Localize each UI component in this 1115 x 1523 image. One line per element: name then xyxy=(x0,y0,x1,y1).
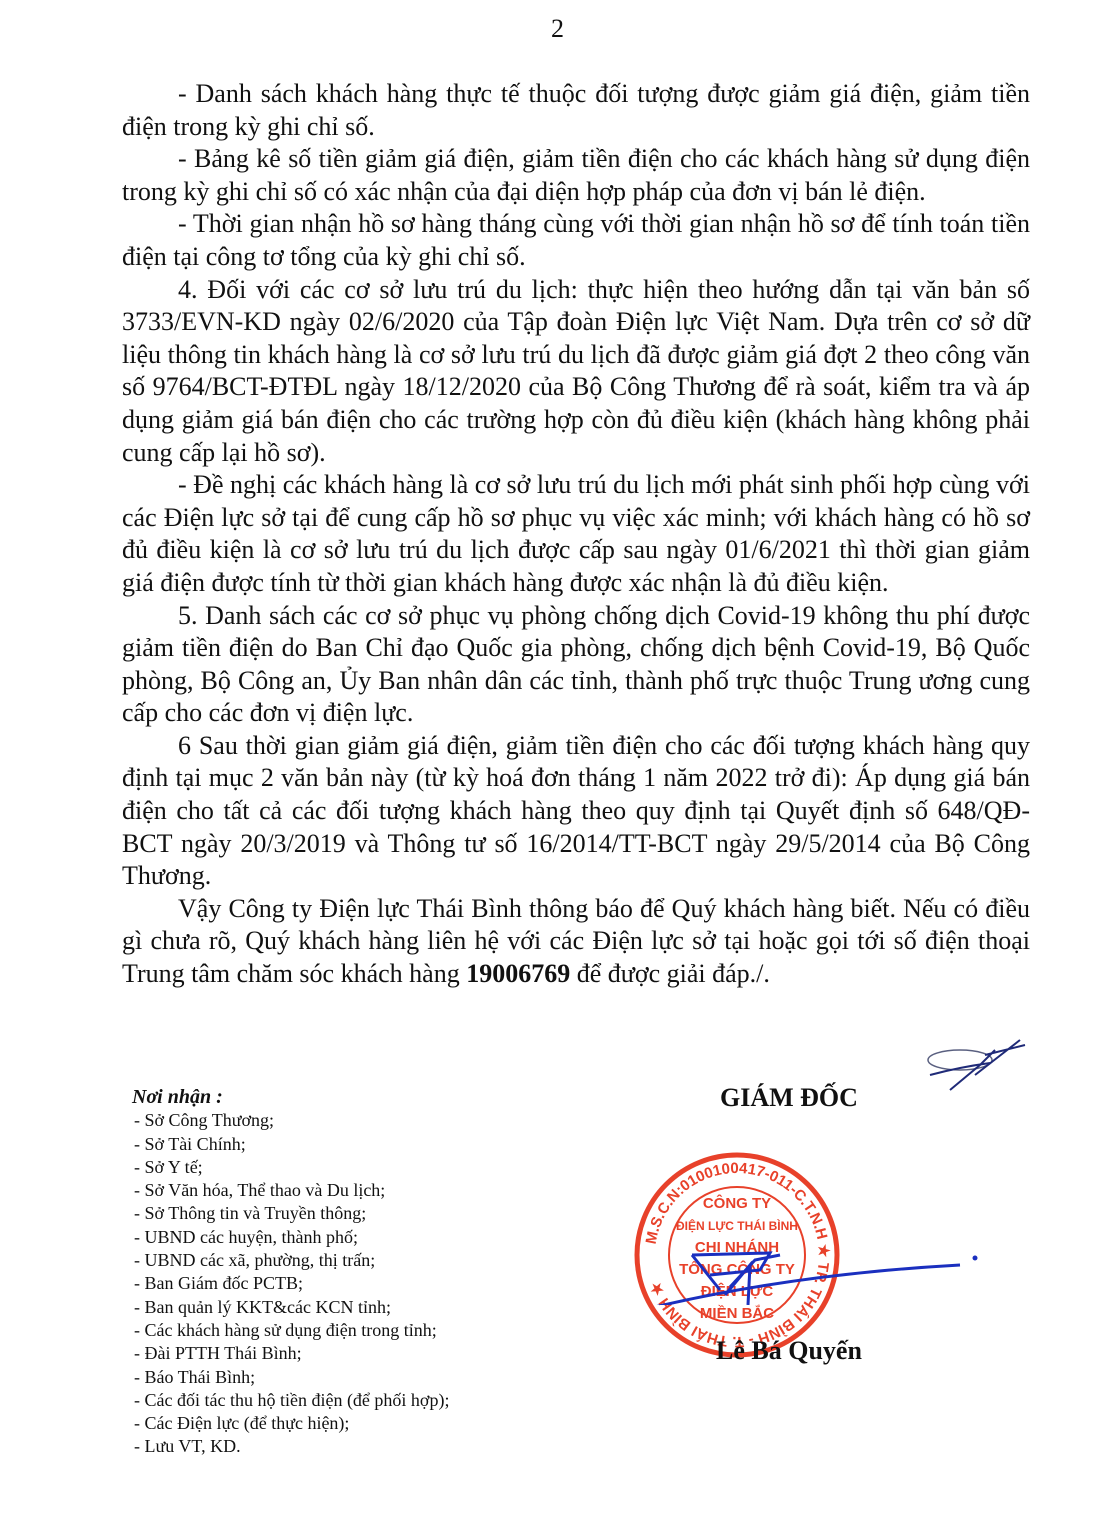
signer-title: GIÁM ĐỐC xyxy=(720,1083,858,1113)
paragraph: - Đề nghị các khách hàng là cơ sở lưu tr… xyxy=(122,469,1030,599)
recipient-item: - Sở Công Thương; xyxy=(134,1109,449,1132)
paragraph: - Bảng kê số tiền giảm giá điện, giảm ti… xyxy=(122,143,1030,208)
recipient-item: - Báo Thái Bình; xyxy=(134,1366,449,1389)
recipient-item: - Ban quản lý KKT&các KCN tỉnh; xyxy=(134,1296,449,1319)
paragraph: 4. Đối với các cơ sở lưu trú du lịch: th… xyxy=(122,274,1030,470)
paragraph: 6 Sau thời gian giảm giá điện, giảm tiền… xyxy=(122,730,1030,893)
recipient-item: - Sở Y tế; xyxy=(134,1156,449,1179)
recipient-item: - Các khách hàng sử dụng điện trong tỉnh… xyxy=(134,1319,449,1342)
recipient-item: - Sở Tài Chính; xyxy=(134,1133,449,1156)
recipients-title: Nơi nhận : xyxy=(132,1086,449,1109)
closing-paragraph: Vậy Công ty Điện lực Thái Bình thông báo… xyxy=(122,893,1030,991)
signature-icon xyxy=(630,1195,990,1305)
signer-name: Lê Bá Quyến xyxy=(716,1336,862,1366)
recipient-item: - Sở Văn hóa, Thể thao và Du lịch; xyxy=(134,1179,449,1202)
recipients-list: Nơi nhận : - Sở Công Thương; - Sở Tài Ch… xyxy=(134,1086,449,1459)
recipient-item: - Đài PTTH Thái Bình; xyxy=(134,1342,449,1365)
recipient-item: - Lưu VT, KD. xyxy=(134,1435,449,1458)
recipient-item: - UBND các xã, phường, thị trấn; xyxy=(134,1249,449,1272)
svg-text:MIỀN BẮC: MIỀN BẮC xyxy=(700,1304,774,1322)
paragraph: - Danh sách khách hàng thực tế thuộc đối… xyxy=(122,78,1030,143)
closing-text-end: để được giải đáp./. xyxy=(570,959,770,988)
recipient-item: - Các đối tác thu hộ tiền điện (để phối … xyxy=(134,1389,449,1412)
document-body: - Danh sách khách hàng thực tế thuộc đối… xyxy=(122,78,1030,991)
recipient-item: - UBND các huyện, thành phố; xyxy=(134,1226,449,1249)
paragraph: 5. Danh sách các cơ sở phục vụ phòng chố… xyxy=(122,600,1030,730)
paragraph: - Thời gian nhận hồ sơ hàng tháng cùng v… xyxy=(122,208,1030,273)
recipient-item: - Các Điện lực (để thực hiện); xyxy=(134,1412,449,1435)
recipient-item: - Ban Giám đốc PCTB; xyxy=(134,1272,449,1295)
recipient-item: - Sở Thông tin và Truyền thông; xyxy=(134,1202,449,1225)
page-number: 2 xyxy=(0,14,1115,44)
hotline-number: 19006769 xyxy=(466,959,570,988)
initial-signature-icon xyxy=(920,1035,1030,1095)
